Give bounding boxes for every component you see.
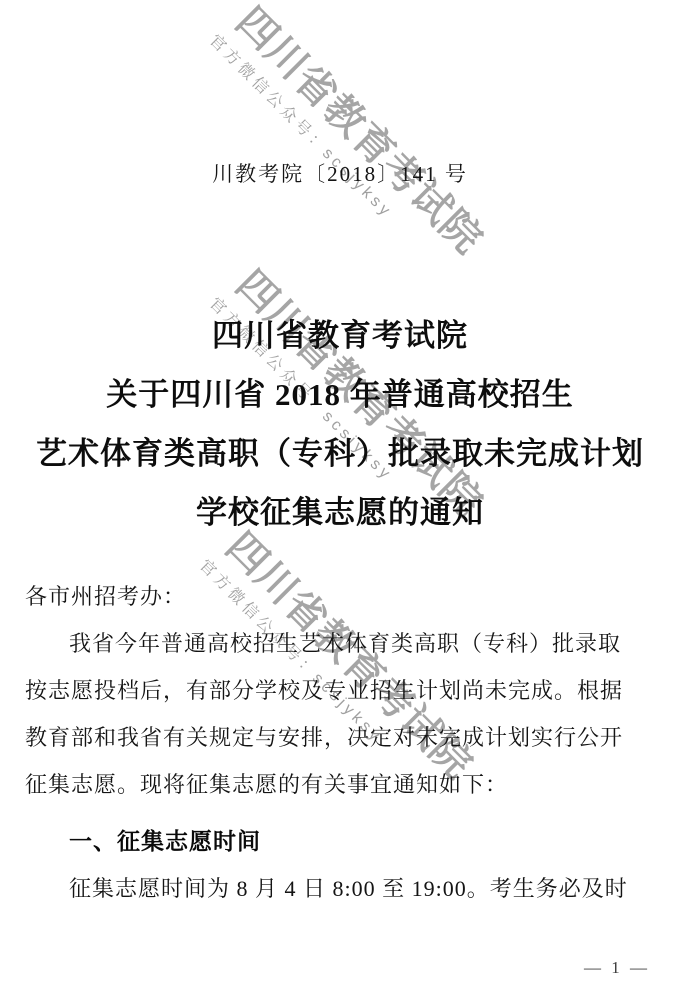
title-line-2: 关于四川省 2018 年普通高校招生 [0,365,680,424]
title-line-4: 学校征集志愿的通知 [0,483,680,542]
title-line-1: 四川省教育考试院 [0,306,680,365]
title-line-3: 艺术体育类高职（专科）批录取未完成计划 [0,424,680,483]
document-body: 各市州招考办： 我省今年普通高校招生艺术体育类高职（专科）批录取 按志愿投档后，… [25,573,652,912]
paragraph-line: 教育部和我省有关规定与安排，决定对未完成计划实行公开 [25,714,652,761]
paragraph-line: 征集志愿。现将征集志愿的有关事宜通知如下： [25,761,652,808]
paragraph-line: 我省今年普通高校招生艺术体育类高职（专科）批录取 [25,620,652,667]
watermark-main-text: 四川省教育考试院 [228,0,491,262]
document-page: 四川省教育考试院 官方微信公众号：scsjyksy 四川省教育考试院 官方微信公… [0,0,680,995]
watermark-sub-text: 官方微信公众号：scsjyksy [205,28,457,280]
salutation: 各市州招考办： [25,573,652,620]
section-first-line: 征集志愿时间为 8 月 4 日 8:00 至 19:00。考生务必及时 [25,865,652,912]
section-heading: 一、征集志愿时间 [25,818,652,865]
watermark: 四川省教育考试院 官方微信公众号：scsjyksy [209,0,490,281]
doc-number: 川教考院〔2018〕141 号 [0,158,680,188]
document-title: 四川省教育考试院 关于四川省 2018 年普通高校招生 艺术体育类高职（专科）批… [0,306,680,542]
paragraph-line: 按志愿投档后，有部分学校及专业招生计划尚未完成。根据 [25,667,652,714]
page-number: — 1 — [584,958,650,978]
